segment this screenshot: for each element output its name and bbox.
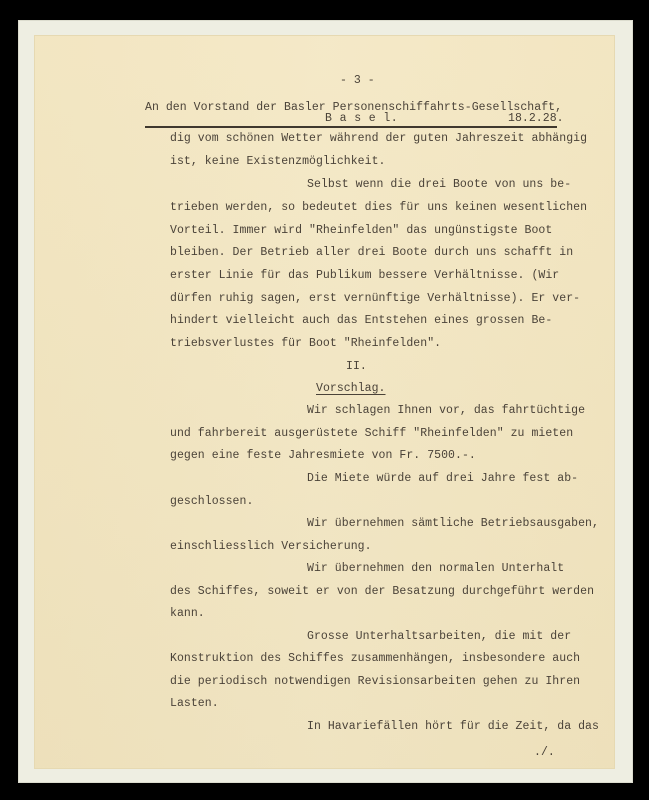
body-line: bleiben. Der Betrieb aller drei Boote du… (170, 246, 573, 260)
proposal-line: In Havariefällen hört für die Zeit, da d… (307, 720, 599, 734)
proposal-line: Konstruktion des Schiffes zusammenhängen… (170, 652, 580, 666)
proposal-line: einschliesslich Versicherung. (170, 540, 372, 554)
body-line: Selbst wenn die drei Boote von uns be- (307, 178, 571, 192)
body-line: triebsverlustes für Boot "Rheinfelden". (170, 337, 441, 351)
proposal-line: die periodisch notwendigen Revisionsarbe… (170, 675, 580, 689)
continuation-mark: ./. (534, 746, 555, 760)
section-number: II. (346, 360, 367, 374)
body-line: trieben werden, so bedeutet dies für uns… (170, 201, 587, 215)
header-date: 18.2.28. (508, 112, 564, 126)
body-line: Vorteil. Immer wird "Rheinfelden" das un… (170, 224, 552, 238)
body-line: hindert vielleicht auch das Entstehen ei… (170, 314, 552, 328)
proposal-line: Wir schlagen Ihnen vor, das fahrtüchtige (307, 404, 585, 418)
proposal-line: Wir übernehmen sämtliche Betriebsausgabe… (307, 517, 599, 531)
proposal-line: Die Miete würde auf drei Jahre fest ab- (307, 472, 578, 486)
proposal-line: und fahrbereit ausgerüstete Schiff "Rhei… (170, 427, 573, 441)
proposal-line: kann. (170, 607, 205, 621)
proposal-line: gegen eine feste Jahresmiete von Fr. 750… (170, 449, 476, 463)
section-title: Vorschlag. (316, 382, 386, 396)
page-number: - 3 - (340, 74, 375, 88)
proposal-line: geschlossen. (170, 495, 253, 509)
proposal-line: Lasten. (170, 697, 219, 711)
proposal-line: Grosse Unterhaltsarbeiten, die mit der (307, 630, 571, 644)
header-rule (145, 126, 557, 128)
body-line: erster Linie für das Publikum bessere Ve… (170, 269, 559, 283)
proposal-line: Wir übernehmen den normalen Unterhalt (307, 562, 564, 576)
body-line: dürfen ruhig sagen, erst vernünftige Ver… (170, 292, 580, 306)
proposal-line: des Schiffes, soweit er von der Besatzun… (170, 585, 594, 599)
body-line: ist, keine Existenzmöglichkeit. (170, 155, 386, 169)
header-city: B a s e l. (325, 112, 398, 126)
body-line: dig vom schönen Wetter während der guten… (170, 132, 587, 146)
